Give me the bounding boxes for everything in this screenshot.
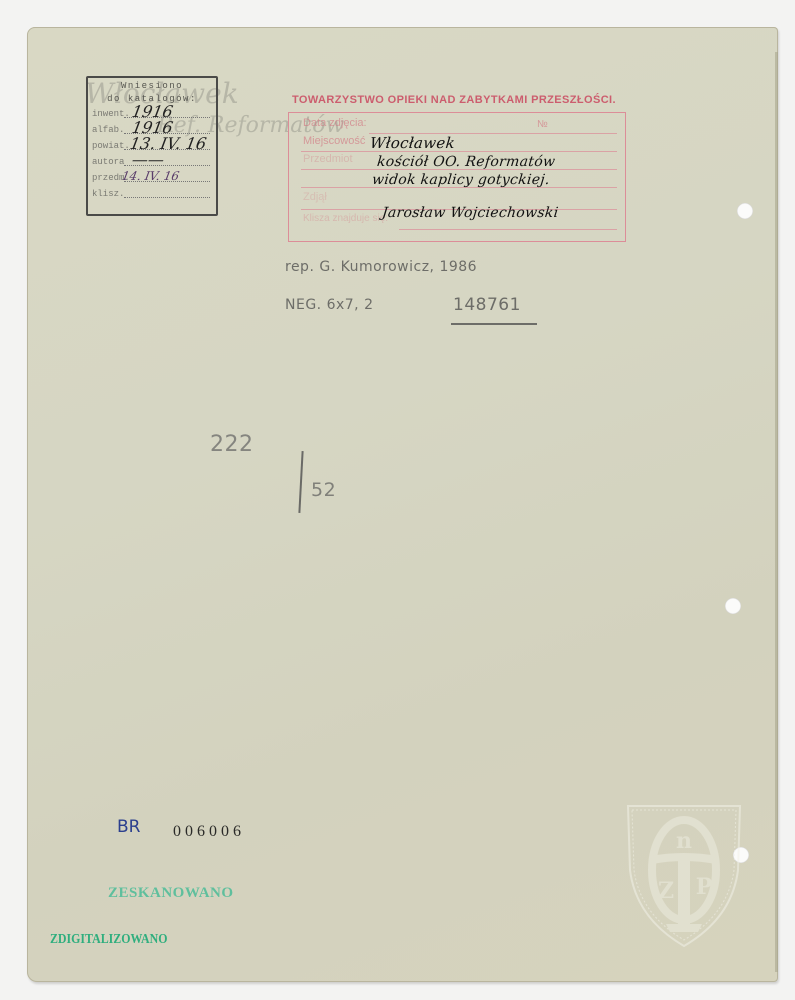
ink-subject-2: widok kaplicy gotyckiej. xyxy=(371,172,550,188)
catalog-label: alfab. xyxy=(92,125,124,135)
society-stamp-title: TOWARZYSTWO OPIEKI NAD ZABYTKAMI PRZESZŁ… xyxy=(284,94,634,106)
punch-hole-top xyxy=(737,203,753,219)
catalog-stamp: Wniesiono do katalogów: inwent. 1916 alf… xyxy=(86,76,218,216)
pencil-number-52: 52 xyxy=(311,479,336,501)
pencil-divider xyxy=(298,451,303,513)
archival-card: Włocławek Ref. Reformatów Wniesiono do k… xyxy=(27,27,778,982)
catalog-label: klisz. xyxy=(92,189,124,199)
svg-text:P: P xyxy=(696,874,713,900)
catalog-row-przedm: przedm. 14. IV. 16 xyxy=(88,170,216,186)
catalog-row-klisz: klisz. xyxy=(88,186,216,202)
ink-subject-1: kościół OO. Reformatów xyxy=(376,154,556,170)
catalog-value: 14. IV. 16 xyxy=(121,168,181,184)
pencil-repro-note: rep. G. Kumorowicz, 1986 xyxy=(285,259,477,275)
inventory-underline xyxy=(451,323,537,325)
pencil-inventory-number: 148761 xyxy=(453,295,521,315)
ink-signature: Jarosław Wojciechowski xyxy=(381,205,559,221)
br-initials: BR xyxy=(117,817,140,837)
scanned-stamp: ZESKANOWANO xyxy=(108,885,234,902)
shield-monogram-icon: n Z P xyxy=(622,800,746,948)
punch-hole-middle xyxy=(725,598,741,614)
date-label: Data zdjęcia: xyxy=(303,117,367,129)
catalog-value: —— xyxy=(131,152,166,168)
catalog-label: autora xyxy=(92,157,124,167)
dotted-line xyxy=(124,197,210,198)
svg-text:Z: Z xyxy=(658,878,674,904)
place-label: Miejscowość xyxy=(303,135,365,147)
subject-label: Przedmiot xyxy=(303,153,353,165)
location-line xyxy=(399,229,617,230)
pencil-negative-note: NEG. 6x7, 2 xyxy=(285,297,373,313)
location-label: Klisza znajduje się: xyxy=(303,213,388,224)
serial-number: 006006 xyxy=(173,823,245,841)
number-label: № xyxy=(537,119,548,130)
pencil-number-222: 222 xyxy=(210,432,254,457)
society-stamp: TOWARZYSTWO OPIEKI NAD ZABYTKAMI PRZESZŁ… xyxy=(284,94,634,246)
catalog-heading-line1: Wniesiono xyxy=(88,80,216,93)
digitized-stamp: ZDIGITALIZOWANO xyxy=(50,932,167,948)
ink-place: Włocławek xyxy=(369,134,456,152)
place-line xyxy=(301,151,617,152)
svg-text:n: n xyxy=(676,828,692,854)
author-label: Zdjął xyxy=(303,191,327,203)
